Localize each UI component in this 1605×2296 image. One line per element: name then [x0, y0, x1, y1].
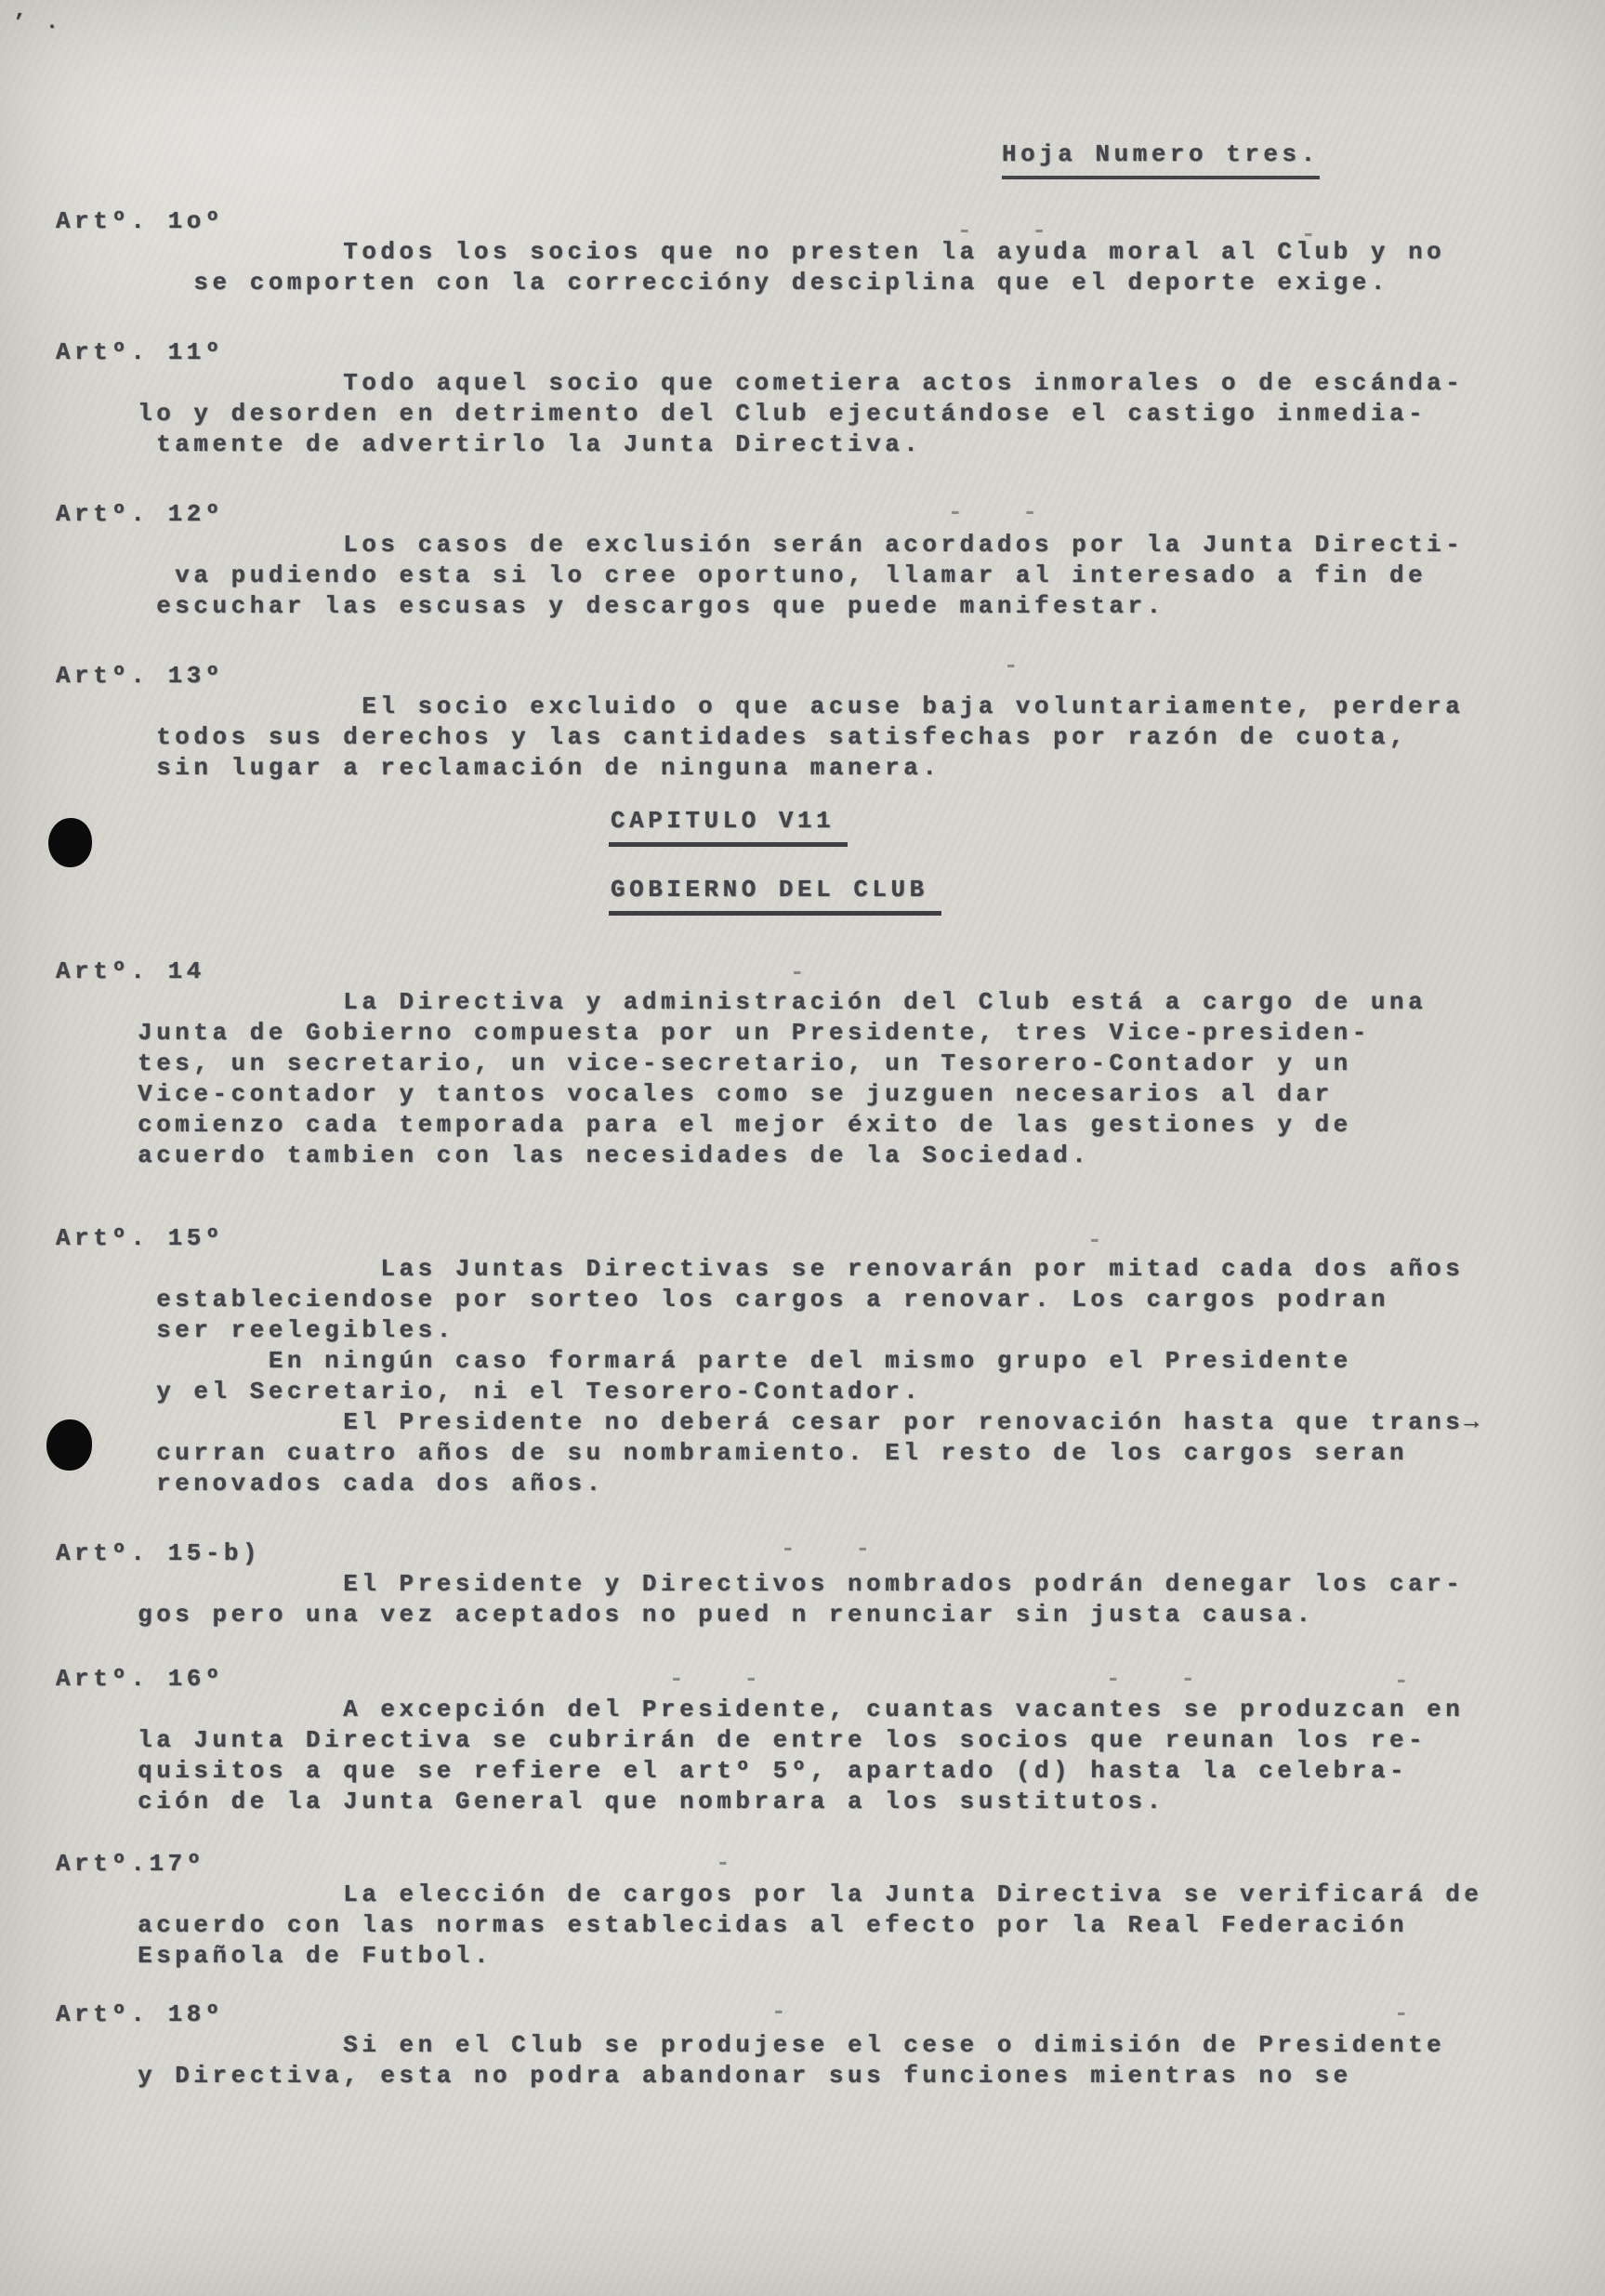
article-label: Artº. 13º: [56, 661, 1605, 692]
chapter-subtitle: GOBIERNO DEL CLUB: [609, 875, 941, 916]
article-15: Artº. 15º Las Juntas Directivas se renov…: [0, 1223, 1605, 1499]
article-11: Artº. 11º Todo aquel socio que cometiera…: [0, 337, 1605, 460]
article-label: Artº. 1oº: [56, 206, 1605, 237]
article-15b: Artº. 15-b) El Presidente y Directivos n…: [0, 1538, 1605, 1630]
article-text: El Presidente y Directivos nombrados pod…: [119, 1569, 1605, 1630]
article-text: Los casos de exclusión serán acordados p…: [119, 530, 1605, 622]
article-text: A excepción del Presidente, cuantas vaca…: [119, 1695, 1605, 1817]
article-label: Artº.17º: [56, 1849, 1605, 1880]
article-label: Artº. 14: [56, 957, 1605, 987]
article-10: Artº. 1oº Todos los socios que no preste…: [0, 206, 1605, 298]
article-text: La elección de cargos por la Junta Direc…: [119, 1880, 1605, 1972]
article-text: Si en el Club se produjese el cese o dim…: [119, 2030, 1605, 2091]
article-text: Todos los socios que no presten la ayuda…: [119, 237, 1605, 298]
article-label: Artº. 15º: [56, 1223, 1605, 1254]
article-label: Artº. 16º: [56, 1664, 1605, 1695]
article-text: Las Juntas Directivas se renovarán por m…: [119, 1254, 1605, 1499]
article-text: La Directiva y administración del Club e…: [119, 987, 1605, 1171]
article-18: Artº. 18º Si en el Club se produjese el …: [0, 1999, 1605, 2091]
article-label: Artº. 18º: [56, 1999, 1605, 2030]
article-16: Artº. 16º A excepción del Presidente, cu…: [0, 1664, 1605, 1817]
scanned-document-page: ’ . Hoja Numero tres. - - - - - - - - - …: [0, 0, 1605, 2296]
chapter-title: CAPITULO V11: [609, 806, 848, 847]
chapter-heading: CAPITULO V11 GOBIERNO DEL CLUB: [609, 806, 1605, 916]
article-label: Artº. 15-b): [56, 1538, 1605, 1569]
article-text: El socio excluido o que acuse baja volun…: [119, 692, 1605, 784]
article-label: Artº. 11º: [56, 337, 1605, 368]
article-17: Artº.17º La elección de cargos por la Ju…: [0, 1849, 1605, 1972]
article-12: Artº. 12º Los casos de exclusión serán a…: [0, 499, 1605, 622]
article-text: Todo aquel socio que cometiera actos inm…: [119, 368, 1605, 460]
page-number-header: Hoja Numero tres.: [1002, 139, 1320, 179]
article-label: Artº. 12º: [56, 499, 1605, 530]
article-13: Artº. 13º El socio excluido o que acuse …: [0, 661, 1605, 784]
article-14: Artº. 14 La Directiva y administración d…: [0, 957, 1605, 1171]
document-body: Artº. 1oº Todos los socios que no preste…: [0, 206, 1605, 2131]
scan-artifact-marks: ’ .: [13, 7, 62, 38]
